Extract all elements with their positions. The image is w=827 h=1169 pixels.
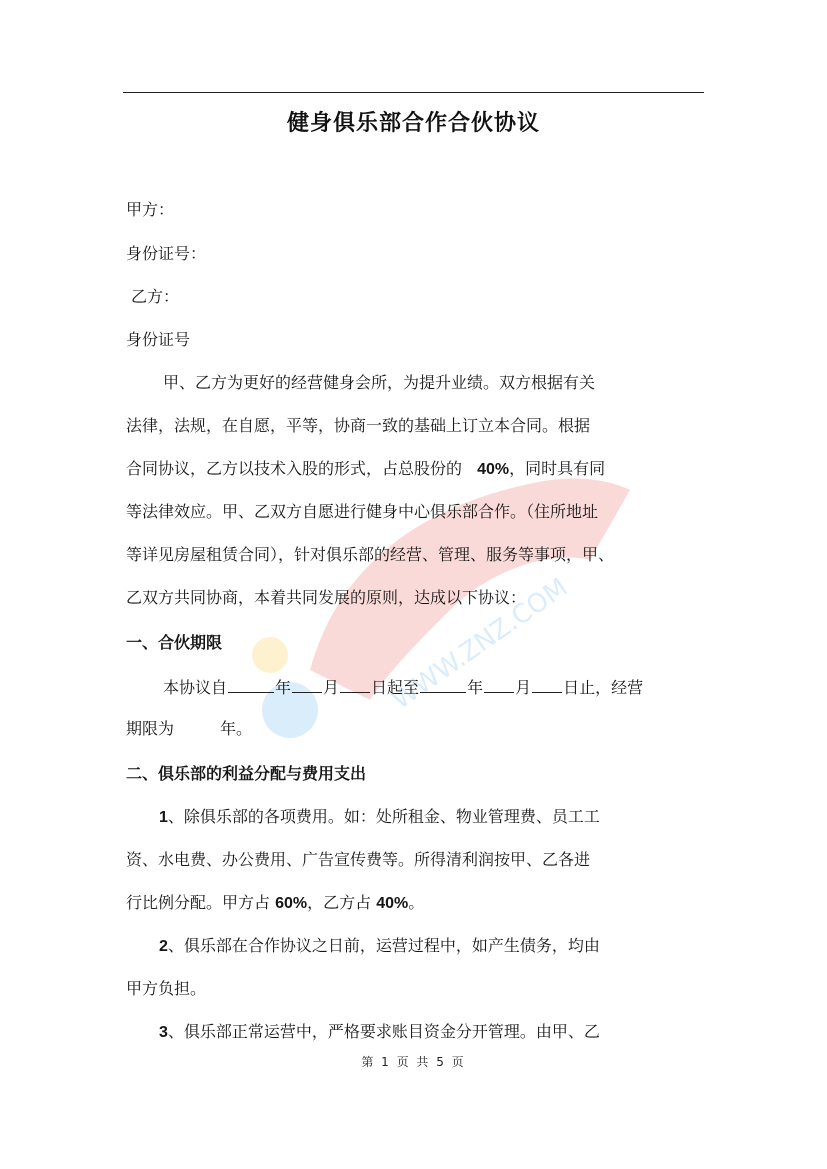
item-3-text: 、俱乐部正常运营中，严格要求账目资金分开管理。由甲、乙	[168, 1022, 600, 1041]
section-1-heading: 一、合伙期限	[126, 633, 222, 653]
party-a-share: 60%	[275, 895, 307, 912]
party-b-share: 40%	[376, 895, 408, 912]
term-duration-unit: 年。	[220, 719, 252, 738]
item-1-line-1: 1、除俱乐部的各项费用。如：处所租金、物业管理费、员工工	[159, 807, 600, 828]
term-year-label: 年	[275, 678, 291, 697]
party-b-label: 乙方：	[131, 287, 179, 307]
start-day-blank[interactable]	[340, 676, 370, 693]
party-a-id-label: 身份证号：	[126, 244, 206, 264]
term-duration-line: 期限为年。	[126, 719, 252, 739]
equity-percent: 40%	[477, 461, 509, 478]
item-2-line-2: 甲方负担。	[126, 979, 206, 999]
term-month-label-2: 月	[515, 678, 531, 697]
party-b-id-label: 身份证号	[126, 330, 190, 350]
intro-line-3-text: 合同协议，乙方以技术入股的形式，占总股份的	[126, 459, 462, 478]
item-3-number: 3	[159, 1024, 168, 1041]
intro-line-1: 甲、乙方为更好的经营健身会所，为提升业绩。双方根据有关	[163, 373, 595, 393]
start-year-blank[interactable]	[228, 676, 274, 693]
intro-line-3: 合同协议，乙方以技术入股的形式，占总股份的 40%，同时具有同	[126, 459, 605, 480]
term-text-end: 日止，经营	[563, 678, 643, 697]
term-duration-label: 期限为	[126, 719, 174, 738]
intro-line-4: 等法律效应。甲、乙双方自愿进行健身中心俱乐部合作。（住所地址	[126, 502, 598, 522]
term-text-start: 本协议自	[163, 678, 227, 697]
item-1-line-3-mid: ，乙方占	[307, 893, 371, 912]
page-footer: 第 1 页 共 5 页	[0, 1053, 827, 1070]
item-1-line-2: 资、水电费、办公费用、广告宣传费等。所得清利润按甲、乙各进	[126, 850, 590, 870]
document-title: 健身俱乐部合作合伙协议	[0, 106, 827, 137]
term-year-label-2: 年	[467, 678, 483, 697]
section-2-heading: 二、俱乐部的利益分配与费用支出	[126, 764, 366, 784]
item-2-line-1: 2、俱乐部在合作协议之日前，运营过程中，如产生债务，均由	[159, 936, 600, 957]
end-year-blank[interactable]	[420, 676, 466, 693]
item-1-line-3-end: 。	[408, 893, 424, 912]
intro-line-6: 乙双方共同协商，本着共同发展的原则，达成以下协议：	[126, 588, 526, 608]
end-month-blank[interactable]	[484, 676, 514, 693]
term-line: 本协议自年月日起至年月日止，经营	[163, 676, 643, 698]
item-1-text: 、除俱乐部的各项费用。如：处所租金、物业管理费、员工工	[168, 807, 600, 826]
item-2-number: 2	[159, 938, 168, 955]
party-a-label: 甲方：	[126, 200, 174, 220]
intro-line-3-tail: ，同时具有同	[509, 459, 605, 478]
item-2-text: 、俱乐部在合作协议之日前，运营过程中，如产生债务，均由	[168, 936, 600, 955]
item-1-number: 1	[159, 809, 168, 826]
item-1-line-3-text: 行比例分配。甲方占	[126, 893, 270, 912]
header-rule	[123, 92, 704, 93]
term-month-label: 月	[323, 678, 339, 697]
term-day-label: 日起至	[371, 678, 419, 697]
item-3-line-1: 3、俱乐部正常运营中，严格要求账目资金分开管理。由甲、乙	[159, 1022, 600, 1043]
intro-line-2: 法律，法规，在自愿，平等，协商一致的基础上订立本合同。根据	[126, 416, 590, 436]
start-month-blank[interactable]	[292, 676, 322, 693]
item-1-line-3: 行比例分配。甲方占 60%，乙方占 40%。	[126, 893, 424, 914]
end-day-blank[interactable]	[532, 676, 562, 693]
intro-line-5: 等详见房屋租赁合同），针对俱乐部的经营、管理、服务等事项，甲、	[126, 545, 614, 565]
document-page: WWW.ZNZ.COM 健身俱乐部合作合伙协议 甲方： 身份证号： 乙方： 身份…	[0, 0, 827, 1169]
